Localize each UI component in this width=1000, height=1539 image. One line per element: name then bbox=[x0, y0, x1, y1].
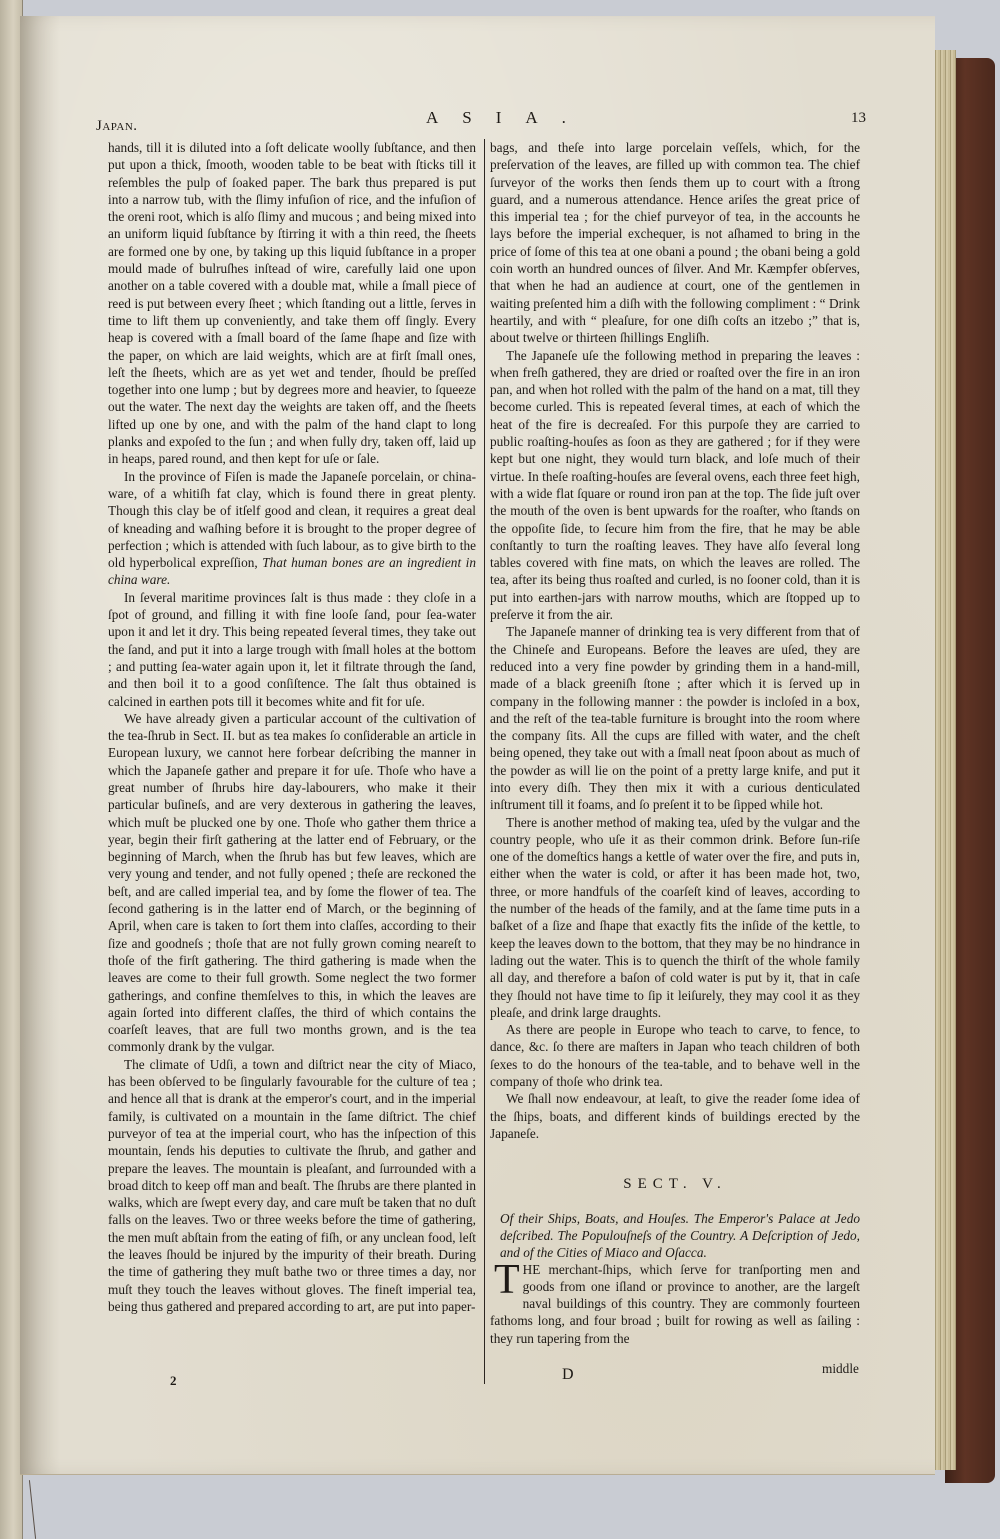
binding-thread bbox=[29, 1480, 36, 1539]
page-number: 13 bbox=[851, 110, 866, 127]
paragraph-text: HE merchant-ſhips, which ſerve for tranſ… bbox=[490, 1262, 860, 1346]
paragraph: We have already given a particular accou… bbox=[108, 710, 476, 1056]
paragraph: In the province of Fiſen is made the Jap… bbox=[108, 468, 476, 589]
paragraph: We ſhall now endeavour, at leaſt, to giv… bbox=[490, 1090, 860, 1142]
running-head: Japan. ASIA. 13 bbox=[96, 114, 866, 138]
signature-mark-left: 2 bbox=[170, 1373, 177, 1389]
paragraph: bags, and theſe into large porcelain veſ… bbox=[490, 139, 860, 347]
signature-mark-right: D bbox=[562, 1366, 574, 1384]
section-heading: SECT. V. bbox=[490, 1176, 860, 1193]
paragraph: The Japaneſe manner of drinking tea is v… bbox=[490, 623, 860, 813]
right-column: bags, and theſe into large porcelain veſ… bbox=[490, 139, 860, 1347]
paragraph: The Japaneſe uſe the following method in… bbox=[490, 347, 860, 624]
left-column: hands, till it is diluted into a ſoft de… bbox=[108, 139, 476, 1315]
paragraph: hands, till it is diluted into a ſoft de… bbox=[108, 139, 476, 468]
paragraph: In ſeveral maritime provinces ſalt is th… bbox=[108, 589, 476, 710]
paragraph: As there are people in Europe who teach … bbox=[490, 1021, 860, 1090]
running-head-region: Japan. bbox=[96, 118, 138, 135]
section-summary: Of their Ships, Boats, and Houſes. The E… bbox=[490, 1210, 860, 1261]
section-opening-paragraph: THE merchant-ſhips, which ſerve for tran… bbox=[490, 1261, 860, 1347]
drop-cap: T bbox=[494, 1263, 520, 1297]
column-rule bbox=[484, 139, 485, 1384]
paragraph: There is another method of making tea, u… bbox=[490, 814, 860, 1022]
catchword: middle bbox=[822, 1361, 859, 1377]
paragraph: The climate of Udſi, a town and diſtrict… bbox=[108, 1056, 476, 1315]
gutter-shadow bbox=[20, 16, 60, 1474]
running-head-title: ASIA. bbox=[426, 108, 590, 128]
